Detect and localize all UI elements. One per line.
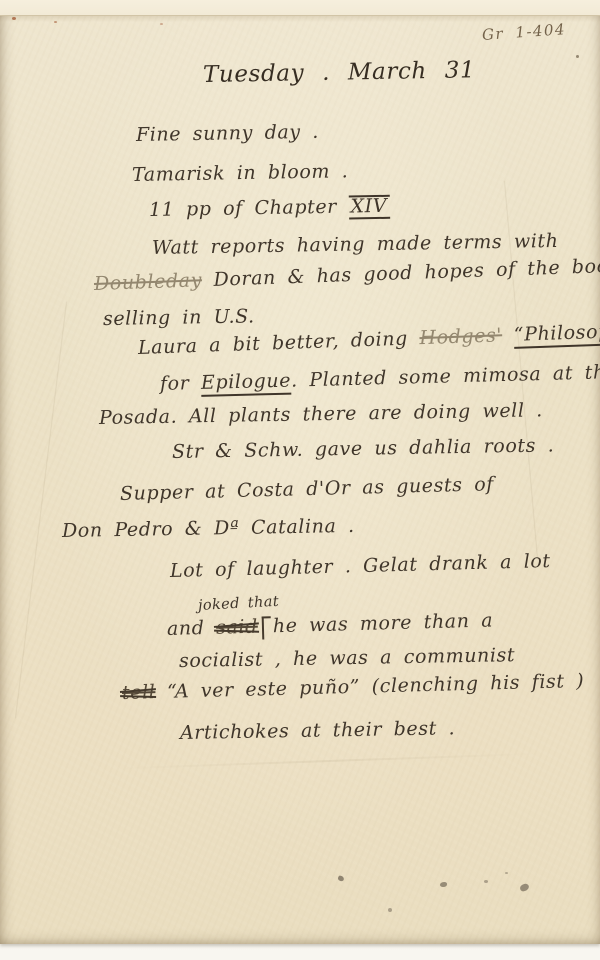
diary-line-and-said: and saidhe was more than a (167, 609, 494, 642)
scanned-diary-page: Gr 1-404 Tuesday . March 31 Fine sunny d… (0, 0, 600, 960)
insertion-caret-icon (262, 616, 272, 639)
ink-smudge (484, 880, 488, 883)
ink-smudge (505, 872, 508, 874)
paper-crease (120, 753, 540, 770)
diary-line-dahlia-roots: Str & Schw. gave us dahlia roots . (172, 434, 555, 463)
diary-line-puno: tell “A ver este puño” (clenching his fi… (122, 670, 585, 704)
diary-line-socialist: socialist , he was a communist (179, 644, 516, 672)
foxing-speck (12, 17, 16, 20)
for-text: for (160, 372, 202, 395)
and-text: and (167, 617, 217, 640)
doran-text: Doran & has good hopes of the book (202, 255, 600, 292)
ink-dot (576, 55, 579, 58)
diary-line-tamarisk: Tamarisk in bloom . (132, 160, 349, 186)
inserted-words-above-line: joked that (198, 594, 280, 614)
diary-heading-date: Tuesday . March 31 (203, 57, 476, 88)
epilogue-rest-text: . Planted some mimosa at the (291, 361, 600, 392)
puno-quote-text: “A ver este puño” (clenching his fist ) (167, 670, 585, 703)
diary-line-watt: Watt reports having made terms with (152, 230, 559, 259)
diary-line-don-pedro: Don Pedro & Dª Catalina . (62, 515, 355, 542)
chapter-roman-numeral: XIV (348, 195, 390, 220)
diary-line-doubleday-doran: Doubleday Doran & has good hopes of the … (94, 255, 600, 295)
scribbled-word-tell: tell (122, 681, 156, 704)
more-than-text: he was more than a (273, 609, 494, 637)
laura-text: Laura a bit better, doing (138, 327, 420, 359)
underlined-word-philosophy: “Philosophy” (513, 319, 600, 349)
struck-word-hodges: Hodges' (419, 324, 502, 349)
struck-word-doubleday: Doubleday (94, 269, 203, 295)
diary-line-supper: Supper at Costa d'Or as guests of (120, 473, 494, 505)
diary-line-posada: Posada. All plants there are doing well … (99, 399, 543, 429)
underlined-word-epilogue: Epilogue (201, 370, 292, 397)
foxing-speck (54, 21, 57, 23)
archive-mark: Gr 1-404 (481, 20, 566, 44)
ink-smudge (388, 908, 392, 912)
foxing-speck (160, 23, 163, 25)
diary-line-chapter: 11 pp of Chapter XIV (149, 195, 391, 223)
diary-line-laughter: Lot of laughter . Gelat drank a lot (170, 550, 551, 582)
ink-smudge (337, 875, 344, 882)
paper-crease (14, 301, 67, 718)
torn-top-edge (0, 0, 600, 16)
ink-smudge (440, 882, 447, 887)
diary-line-selling-us: selling in U.S. (103, 305, 255, 330)
diary-line-epilogue: for Epilogue. Planted some mimosa at the (160, 361, 600, 395)
diary-line-artichokes: Artichokes at their best . (180, 717, 456, 744)
ink-smudge (519, 883, 530, 892)
paper-sheet: Gr 1-404 Tuesday . March 31 Fine sunny d… (0, 0, 600, 944)
diary-line-fine-day: Fine sunny day . (136, 121, 319, 146)
top-edge-shadow (0, 16, 600, 22)
scribbled-word-said: said (216, 616, 258, 639)
chapter-text: 11 pp of Chapter (149, 196, 349, 221)
